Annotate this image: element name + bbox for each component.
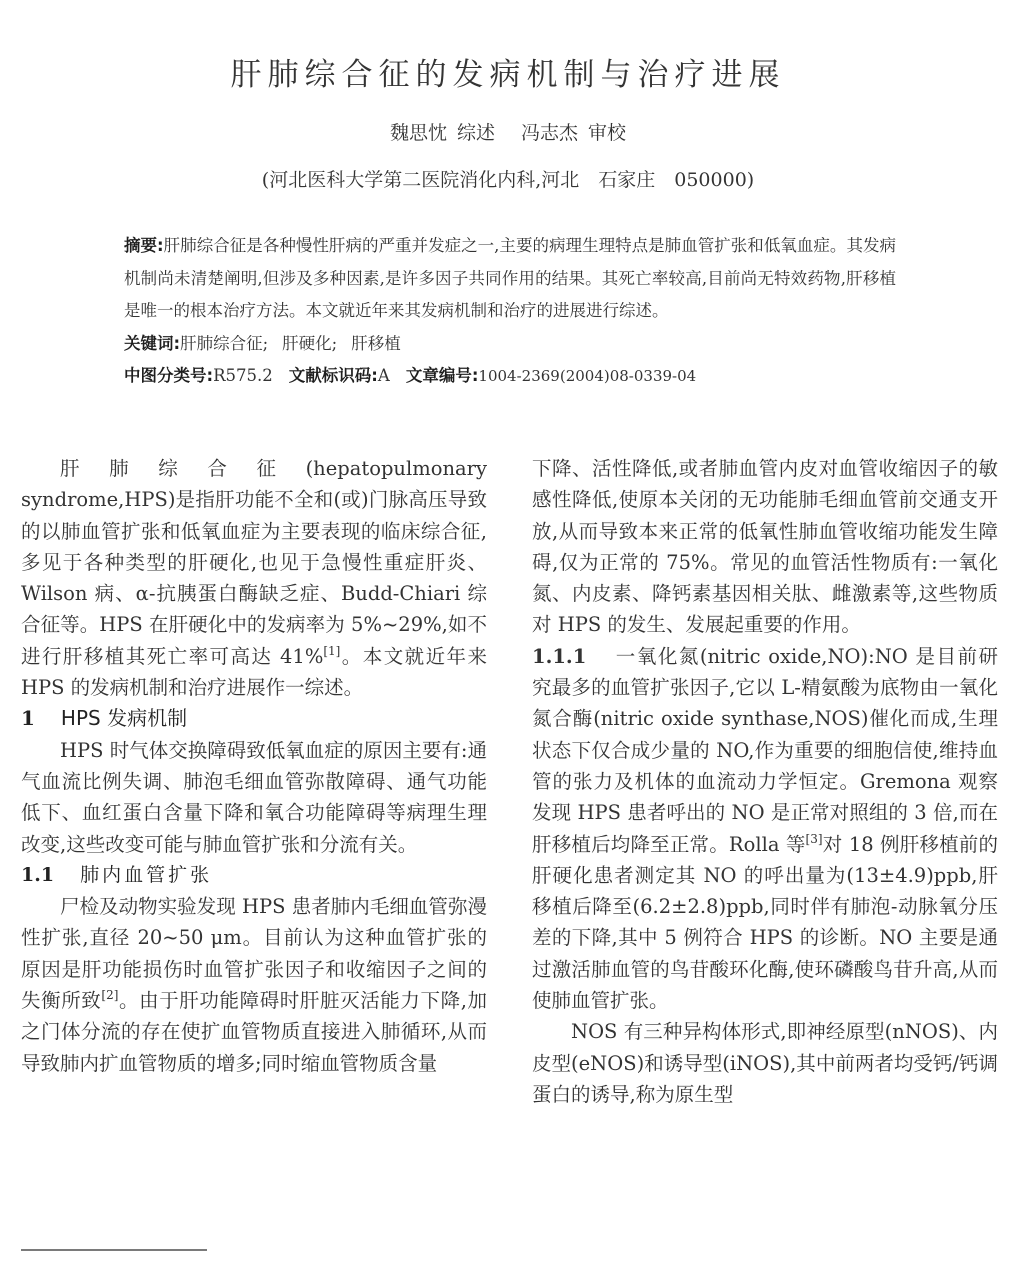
keyword: 肝移植 [351, 334, 401, 353]
reviewer-name: 冯志杰 [521, 122, 578, 144]
abstract-paragraph: 摘要:肝肺综合征是各种慢性肝病的严重并发症之一,主要的病理生理特点是肺血管扩张和… [124, 230, 896, 328]
body-column-left: 肝肺综合征(hepatopulmonary syndrome,HPS)是指肝功能… [21, 453, 487, 1079]
clc-value: R575.2 [213, 366, 273, 385]
clc-label: 中图分类号: [124, 366, 213, 385]
abstract-block: 摘要:肝肺综合征是各种慢性肝病的严重并发症之一,主要的病理生理特点是肺血管扩张和… [124, 230, 896, 393]
abstract-text: 肝肺综合征是各种慢性肝病的严重并发症之一,主要的病理生理特点是肺血管扩张和低氧血… [124, 236, 896, 320]
doc-code-value: A [378, 366, 390, 385]
section-heading-1: 1HPS 发病机制 [21, 703, 487, 734]
section-1-1-1-paragraph: 1.1.1一氧化氮(nitric oxide,NO):NO 是目前研究最多的血管… [532, 641, 998, 1017]
affiliation: (河北医科大学第二医院消化内科,河北 石家庄 050000) [0, 165, 1016, 192]
article-title: 肝肺综合征的发病机制与治疗进展 [0, 49, 1016, 94]
keywords-line: 关键词:肝肺综合征;肝硬化;肝移植 [124, 328, 896, 361]
citation-ref[interactable]: [3] [806, 832, 823, 846]
section-heading-1-1: 1.1肺内血管扩张 [21, 860, 487, 891]
citation-ref[interactable]: [2] [101, 988, 118, 1002]
section-1-1-paragraph: 尸检及动物实验发现 HPS 患者肺内毛细血管弥漫性扩张,直径 20~50 μm。… [21, 891, 487, 1079]
classification-line: 中图分类号:R575.2文献标识码:A文章编号:1004-2369(2004)0… [124, 360, 896, 393]
article-no-value: 1004-2369(2004)08-0339-04 [478, 367, 696, 385]
nos-paragraph: NOS 有三种异构体形式,即神经原型(nNOS)、内皮型(eNOS)和诱导型(i… [532, 1016, 998, 1110]
article-no-label: 文章编号: [406, 366, 479, 385]
author-line: 魏思忱综述 冯志杰审校 [0, 118, 1016, 145]
keywords-label: 关键词: [124, 334, 180, 353]
doc-code-label: 文献标识码: [289, 366, 378, 385]
keyword: 肝肺综合征; [180, 334, 268, 353]
abstract-label: 摘要: [124, 236, 164, 255]
body-column-right: 下降、活性降低,或者肺血管内皮对血管收缩因子的敏感性降低,使原本关闭的无功能肺毛… [532, 453, 998, 1110]
section-1-paragraph: HPS 时气体交换障碍致低氧血症的原因主要有:通气血流比例失调、肺泡毛细血管弥散… [21, 735, 487, 860]
author-role: 综述 [457, 122, 495, 144]
continued-paragraph: 下降、活性降低,或者肺血管内皮对血管收缩因子的敏感性降低,使原本关闭的无功能肺毛… [532, 453, 998, 641]
keyword: 肝硬化; [282, 334, 337, 353]
author-name: 魏思忱 [390, 122, 447, 144]
citation-ref[interactable]: [1] [323, 644, 340, 658]
intro-paragraph: 肝肺综合征(hepatopulmonary syndrome,HPS)是指肝功能… [21, 453, 487, 703]
footnote-divider [21, 1249, 207, 1251]
reviewer-role: 审校 [588, 122, 626, 144]
